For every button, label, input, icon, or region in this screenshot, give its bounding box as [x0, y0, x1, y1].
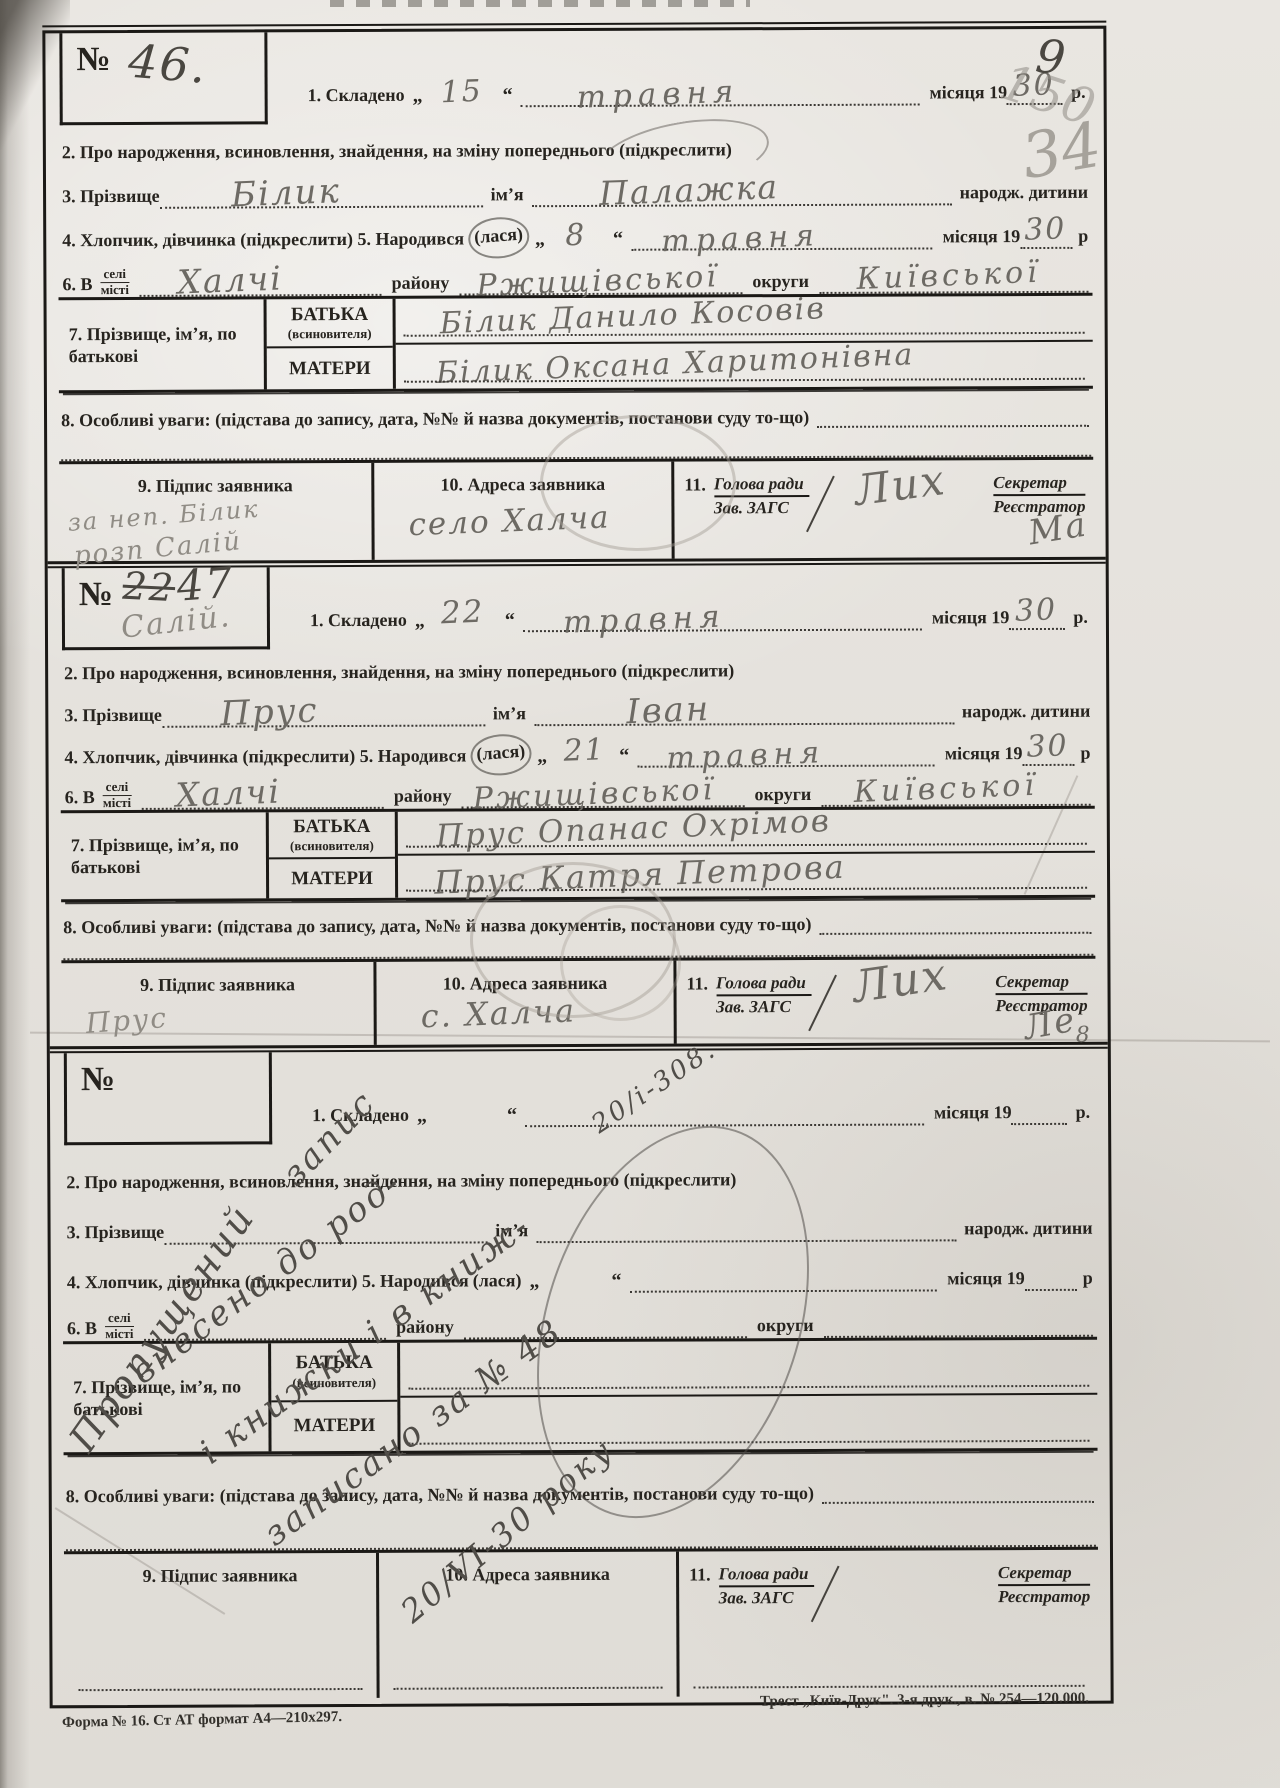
lasia-label: (лася) [473, 1269, 522, 1294]
adopter-label: (всиновителя) [290, 838, 374, 854]
record-1-line-4-5: 4. Хлопчик, дівчинка (підкреслити) 5. На… [58, 205, 1092, 254]
born-month-field: травня [637, 730, 935, 767]
secretary-signature-2: 8 [1075, 1024, 1092, 1047]
head-of-council-label: Голова ради [716, 972, 812, 997]
name-label: ім’я [495, 1219, 528, 1244]
month-19-label: місяця 19 [945, 742, 1023, 767]
round-stamp [540, 415, 736, 551]
head-signature: Лих [852, 459, 948, 512]
district-field: Ржищівської [461, 771, 744, 808]
record-3-date-line: 1. Складено „ “ місяця 19 р. [272, 1049, 1096, 1145]
applicant-signature-cell: 9. Підпис заявника [64, 1553, 377, 1699]
head-of-council-stack: Голова ради Зав. ЗАГС [716, 972, 812, 1018]
born-day-field [547, 1259, 603, 1293]
close-quote: “ [497, 609, 523, 632]
applicant-signature-cell: 9. Підпис заявника Прус [61, 962, 373, 1046]
officials-divider-slash [809, 975, 838, 1032]
mother-value-cell [400, 1395, 1097, 1451]
made-year-value: 30 [1015, 595, 1058, 627]
made-label: 1. Складено [312, 1103, 409, 1128]
about-birth-label: 2. Про народження, всиновлення, знайденн… [66, 1168, 736, 1195]
district-field: Ржищівської [459, 258, 742, 295]
secretary-signature: Ле [1021, 1003, 1079, 1046]
secretary-label: Секретар [993, 472, 1085, 497]
parents-header-column: БАТЬКА (всиновителя) МАТЕРИ [268, 1343, 400, 1452]
applicant-address-cell: 10. Адреса заявника [376, 1552, 677, 1698]
record-3-line-6: 6. В селі місті району округи [63, 1291, 1097, 1342]
village-value: Халчі [175, 774, 281, 811]
scan-top-edge-artifact [330, 0, 750, 7]
record-2-line-4-5: 4. Хлопчик, дівчинка (підкреслити) 5. На… [60, 724, 1094, 771]
father-value-cell: Прус Опанас Охрімов [398, 809, 1095, 856]
round-stamp [560, 905, 681, 1021]
mother-value: Білик Оксана Харитонівна [435, 340, 914, 389]
district-label: району [392, 271, 450, 296]
open-quote: „ [527, 228, 553, 251]
secretary-label: Секретар [995, 971, 1087, 996]
father-header-cell: БАТЬКА (всиновителя) [267, 299, 393, 349]
surname-value: Прус [219, 693, 318, 731]
name-value: Іван [626, 692, 711, 729]
name-field [536, 1205, 956, 1243]
parents-names-label: 7. Прізвище, ім’я, по батькові [59, 299, 264, 390]
record-section-3: № 1. Складено „ “ місяця 19 р. 2. Про на… [62, 1049, 1099, 1702]
born-month-field [629, 1255, 937, 1292]
year-label: р [1080, 741, 1090, 766]
registrar-label: Реєстратор [998, 1586, 1090, 1608]
father-value: Прус Опанас Охрімов [435, 806, 831, 852]
corner-pencil-34: 34 [1017, 114, 1105, 189]
city-option: місті [103, 796, 132, 810]
born-year-value: 30 [1026, 731, 1069, 763]
okruha-label: округи [752, 269, 809, 294]
okruha-value: Київської [856, 258, 1041, 295]
village-field: Халчі [141, 773, 384, 810]
district-label: району [394, 784, 452, 809]
close-quote: “ [495, 84, 521, 107]
open-quote: „ [529, 745, 555, 768]
parents-names-label-text: 7. Прізвище, ім’я, по батькові [69, 322, 239, 368]
mother-label: МАТЕРИ [294, 1414, 376, 1438]
applicant-signature-label: 9. Підпис заявника [59, 475, 371, 497]
close-quote: “ [605, 228, 631, 251]
born-year-field: 30 [1020, 213, 1072, 249]
number-sign-label: № [62, 33, 110, 79]
record-2-line-3: 3. Прізвище Прус ім’я Іван народж. дитин… [60, 682, 1094, 729]
applicant-address-label: 10. Адреса заявника [379, 1564, 676, 1586]
mother-label: МАТЕРИ [291, 866, 373, 890]
born-year-field [1025, 1255, 1077, 1291]
child-birth-label: народж. дитини [964, 1216, 1093, 1241]
record-3-line-4-5: 4. Хлопчик, дівчинка (підкреслити) 5. На… [63, 1241, 1097, 1296]
made-label: 1. Складено [310, 608, 407, 633]
open-quote: „ [405, 85, 431, 108]
okruha-field: Київської [819, 257, 1089, 294]
okruha-label: округи [757, 1313, 814, 1338]
record-2-number-cancelled: 22 [122, 567, 176, 607]
village-option: селі [105, 1311, 134, 1326]
made-day-value: 22 [440, 597, 485, 630]
village-city-fraction: селі місті [100, 267, 129, 297]
applicant-signature-label: 9. Підпис заявника [61, 974, 373, 996]
mother-header-cell: МАТЕРИ [271, 1401, 397, 1451]
born-year-value: 30 [1024, 214, 1067, 246]
month-19-label: місяця 19 [934, 1101, 1012, 1126]
village-value: Халчі [177, 261, 283, 298]
year-label: р [1083, 1266, 1093, 1291]
year-label: р [1078, 224, 1088, 249]
record-2-number-box: № 22 47 Салій. [62, 567, 270, 650]
okruha-field: Київської [821, 770, 1091, 807]
mother-label: МАТЕРИ [289, 357, 371, 381]
remarks-field [819, 902, 1091, 935]
born-day-field: 8 [553, 217, 605, 251]
made-year-field: 30 [1009, 594, 1065, 630]
father-label: БАТЬКА [293, 814, 370, 838]
head-signature: Лих [850, 953, 951, 1010]
record-2-number-overflow-signature: Салій. [120, 602, 233, 644]
record-2-line-2: 2. Про народження, всиновлення, знайденн… [60, 646, 1094, 687]
surname-label: 3. Прізвище [64, 703, 162, 728]
open-quote: „ [407, 610, 433, 633]
made-month-value: травня [576, 76, 740, 113]
zags-head-label: Зав. ЗАГС [719, 1587, 815, 1609]
born-day-field: 21 [555, 734, 611, 768]
made-label: 1. Складено [308, 83, 405, 108]
made-day-value: 15 [440, 77, 483, 109]
made-month-field: травня [523, 594, 922, 632]
boy-girl-born-label: 4. Хлопчик, дівчинка (підкреслити) 5. На… [67, 1269, 469, 1295]
district-label: району [396, 1315, 454, 1340]
close-quote: “ [611, 745, 637, 768]
about-birth-label: 2. Про народження, всиновлення, знайденн… [64, 659, 734, 686]
father-header-cell: БАТЬКА (всиновителя) [269, 812, 395, 859]
record-1-parents-block: 7. Прізвище, ім’я, по батькові БАТЬКА (в… [59, 293, 1093, 394]
record-1-number-value: 46. [127, 38, 210, 90]
record-1-date-line: 1. Складено „ 15 “ травня місяця 19 30 р… [267, 29, 1091, 125]
made-day-field: 22 [433, 598, 497, 632]
record-1-line-8: 8. Особливі уваги: (підстава до запису, … [59, 389, 1093, 434]
mother-header-cell: МАТЕРИ [267, 348, 393, 389]
record-1-header-row: № 46. 1. Складено „ 15 “ травня місяця 1… [57, 29, 1091, 126]
surname-field: Прус [162, 690, 485, 727]
in-label: 6. В [67, 1317, 97, 1342]
officials-divider-slash [806, 476, 835, 533]
record-3-parents-block: 7. Прізвище, ім’я, по батькові БАТЬКА (в… [63, 1337, 1097, 1456]
okruha-value: Київської [853, 771, 1038, 808]
remarks-field [822, 1471, 1094, 1504]
name-field: Палажка [532, 169, 952, 207]
born-year-field: 30 [1022, 730, 1074, 766]
year-label: р. [1073, 605, 1088, 630]
surname-field: Білик [159, 171, 482, 208]
parents-names-label: 7. Прізвище, ім’я, по батькові [61, 812, 266, 899]
record-1-number-box: № 46. [59, 32, 267, 125]
village-option: селі [100, 267, 129, 282]
remarks-continuation-line [66, 1505, 1096, 1551]
number-sign-label: № [65, 568, 113, 614]
parents-values-column [400, 1340, 1097, 1451]
surname-field [164, 1207, 487, 1244]
village-option: селі [103, 780, 132, 795]
adopter-label: (всиновителя) [288, 326, 372, 342]
boy-girl-born-label: 4. Хлопчик, дівчинка (підкреслити) 5. На… [62, 227, 464, 253]
head-of-council-label: Голова ради [719, 1563, 815, 1588]
born-month-field: травня [631, 213, 933, 250]
remarks-field [817, 395, 1089, 428]
made-year-field [1011, 1089, 1067, 1125]
father-label: БАТЬКА [291, 303, 368, 327]
zags-head-label: Зав. ЗАГС [716, 996, 812, 1018]
child-birth-label: народж. дитини [962, 699, 1091, 724]
signature-blank-line [79, 1688, 363, 1691]
village-field [144, 1304, 387, 1341]
made-month-field: травня [520, 70, 919, 108]
item-11-label: 11. [686, 972, 708, 995]
record-1-line-2: 2. Про народження, всиновлення, знайденн… [58, 121, 1092, 166]
record-3-line-3: 3. Прізвище ім’я народж. дитини [62, 1191, 1096, 1246]
month-19-label: місяця 19 [932, 606, 1010, 631]
city-option: місті [100, 283, 129, 297]
officials-cell: 11. Голова ради Зав. ЗАГС Секретар Реєст… [676, 1550, 1099, 1697]
born-month-value: травня [661, 221, 821, 257]
printing-house-imprint: Трест „Київ-Друк". 3-я друк., в. № 254—1… [760, 1690, 1089, 1710]
surname-label: 3. Прізвище [62, 184, 160, 209]
mother-value-cell: Білик Оксана Харитонівна [396, 342, 1093, 389]
father-value-cell: Білик Данило Косовів [396, 296, 1093, 345]
parents-header-column: БАТЬКА (всиновителя) МАТЕРИ [266, 812, 398, 899]
parents-names-label: 7. Прізвище, ім’я, по батькові [63, 1343, 268, 1452]
month-19-label: місяця 19 [947, 1267, 1025, 1292]
address-blank-line [394, 1687, 663, 1690]
record-1-line-6: 6. В селі місті Халчі району Ржищівської… [58, 249, 1092, 298]
city-option: місті [105, 1327, 134, 1341]
surname-label: 3. Прізвище [67, 1220, 165, 1245]
parents-header-column: БАТЬКА (всиновителя) МАТЕРИ [264, 299, 396, 390]
boy-girl-born-label: 4. Хлопчик, дівчинка (підкреслити) 5. На… [64, 744, 466, 770]
item-11-label: 11. [689, 1563, 711, 1586]
born-day-value: 8 [564, 221, 586, 252]
applicant-signature-value: Прус [85, 1004, 169, 1038]
number-sign-label: № [67, 1053, 115, 1099]
applicant-signature-label: 9. Підпис заявника [64, 1565, 376, 1587]
name-field: Іван [534, 688, 954, 726]
district-field [464, 1302, 747, 1339]
father-header-cell: БАТЬКА (всиновителя) [271, 1343, 397, 1402]
officials-blank-line [694, 1685, 1085, 1689]
born-day-value: 21 [563, 735, 606, 767]
month-19-label: місяця 19 [943, 225, 1021, 250]
village-city-fraction: селі місті [103, 780, 132, 810]
born-month-value: травня [666, 738, 826, 774]
parents-names-label-text: 7. Прізвище, ім’я, по батькові [71, 833, 241, 879]
record-3-number-box: № [64, 1052, 272, 1145]
surname-value: Білик [230, 174, 341, 212]
father-label: БАТЬКА [296, 1351, 373, 1375]
secretary-label: Секретар [998, 1562, 1090, 1587]
made-day-field: 15 [430, 73, 494, 107]
open-quote: „ [521, 1270, 547, 1293]
record-2-header-row: № 22 47 Салій. 1. Складено „ 22 “ травня… [60, 564, 1094, 651]
officials-divider-slash [811, 1566, 840, 1623]
made-month-value: травня [562, 602, 726, 639]
parents-names-label-text: 7. Прізвище, ім’я, по батькові [73, 1375, 243, 1421]
officials-cell: 11. Голова ради Зав. ЗАГС Лих Секретар Р… [673, 959, 1095, 1044]
record-3-line-8: 8. Особливі уваги: (підстава до запису, … [64, 1451, 1098, 1510]
record-2-date-line: 1. Складено „ 22 “ травня місяця 19 30 р… [270, 564, 1094, 650]
in-label: 6. В [62, 273, 92, 298]
parents-values-column: Білик Данило Косовів Білик Оксана Харито… [396, 296, 1093, 389]
in-label: 6. В [65, 786, 95, 811]
village-city-fraction: селі місті [105, 1311, 134, 1341]
record-3-line-2: 2. Про народження, всиновлення, знайденн… [62, 1141, 1096, 1196]
made-month-field [525, 1089, 924, 1127]
father-value-cell [400, 1340, 1097, 1398]
open-quote: „ [409, 1105, 435, 1128]
made-day-field [435, 1093, 499, 1127]
name-label: ім’я [493, 702, 526, 727]
name-label: ім’я [491, 183, 524, 208]
record-3-signatures-table: 9. Підпис заявника 10. Адреса заявника 1… [64, 1547, 1099, 1700]
head-of-council-stack: Голова ради Зав. ЗАГС [719, 1563, 815, 1609]
secretary-signature: Ма [1026, 507, 1090, 550]
remarks-label: 8. Особливі уваги: (підстава до запису, … [66, 1481, 814, 1509]
mother-header-cell: МАТЕРИ [269, 859, 395, 899]
close-quote: “ [499, 1104, 525, 1127]
secretary-stack: Секретар Реєстратор [998, 1562, 1090, 1608]
father-value: Білик Данило Косовів [439, 294, 826, 339]
remarks-label: 8. Особливі уваги: (підстава до запису, … [63, 912, 811, 940]
village-field: Халчі [139, 260, 382, 297]
okruha-field [823, 1301, 1093, 1338]
adopter-label: (всиновителя) [292, 1375, 376, 1391]
applicant-signature-cell: 9. Підпис заявника за неп. Білик розп Са… [59, 463, 371, 561]
record-2-line-6: 6. В селі місті Халчі району Ржищівської… [61, 766, 1095, 811]
record-1-line-3: 3. Прізвище Білик ім’я Палажка народж. д… [58, 161, 1092, 210]
close-quote: “ [603, 1270, 629, 1293]
year-label: р. [1076, 1100, 1091, 1125]
record-3-header-row: № 1. Складено „ “ місяця 19 р. [62, 1049, 1096, 1146]
